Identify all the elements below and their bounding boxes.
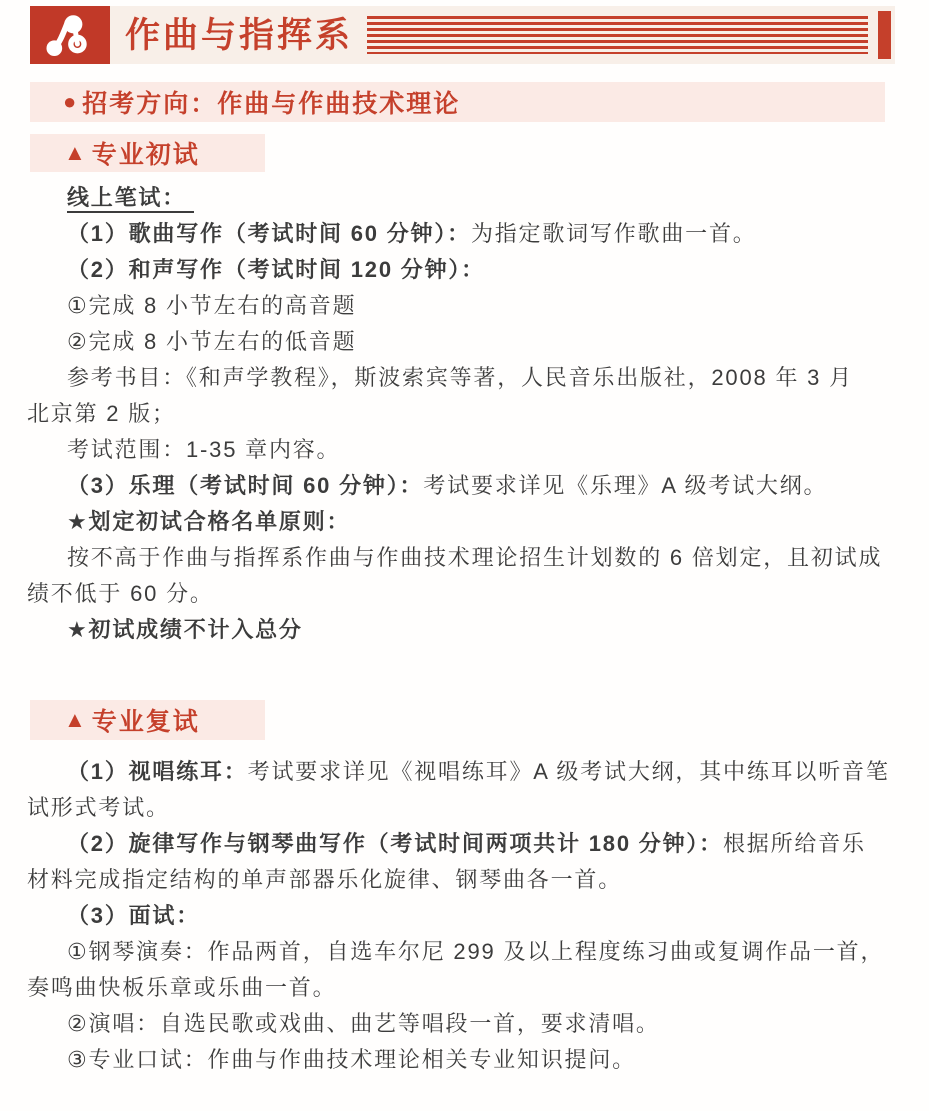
text-run-bold: （2）和声写作（考试时间 120 分钟）： [67, 257, 485, 282]
text-run: 根据所给音乐 [723, 831, 866, 856]
paragraph: （3）乐理（考试时间 60 分钟）：考试要求详见《乐理》A 级考试大纲。 [27, 468, 920, 504]
text-run: 为指定歌词写作歌曲一首。 [471, 221, 757, 246]
triangle-icon: ▲ [64, 707, 88, 733]
paragraph: ①完成 8 小节左右的高音题 [27, 288, 920, 324]
text-run: 考试要求详见《视唱练耳》A 级考试大纲，其中练耳以听音笔 [248, 759, 890, 784]
section-heading: ▲专业复试 [30, 700, 265, 740]
department-logo [30, 6, 110, 64]
text-run-bold: （3）面试： [67, 903, 200, 928]
paragraph: ②演唱：自选民歌或戏曲、曲艺等唱段一首，要求清唱。 [27, 1006, 920, 1042]
exam-section-1: ▲专业复试（1）视唱练耳：考试要求详见《视唱练耳》A 级考试大纲，其中练耳以听音… [0, 700, 929, 1078]
staff-lines-decoration [367, 16, 868, 54]
section-paragraphs: （1）视唱练耳：考试要求详见《视唱练耳》A 级考试大纲，其中练耳以听音笔试形式考… [27, 754, 920, 1078]
paragraph: 考试范围：1-35 章内容。 [27, 432, 920, 468]
paragraph: 参考书目：《和声学教程》，斯波索宾等著，人民音乐出版社，2008 年 3 月北京… [27, 360, 920, 432]
header-title-strip: 作曲与指挥系 [110, 6, 895, 64]
page: 作曲与指挥系 ● 招考方向：作曲与作曲技术理论 ▲专业初试线上笔试：（1）歌曲写… [0, 0, 929, 1111]
section-heading-label: 专业复试 [92, 702, 200, 738]
paragraph: ③专业口试：作曲与作曲技术理论相关专业知识提问。 [27, 1042, 920, 1078]
admission-direction-text: 招考方向：作曲与作曲技术理论 [82, 84, 460, 120]
text-run: 绩不低于 60 分。 [27, 581, 214, 606]
text-run: 参考书目：《和声学教程》，斯波索宾等著，人民音乐出版社，2008 年 3 月 [67, 365, 853, 390]
text-run: 考试范围：1-35 章内容。 [67, 437, 340, 462]
paragraph: （1）歌曲写作（考试时间 60 分钟）：为指定歌词写作歌曲一首。 [27, 216, 920, 252]
text-run-bold: 线上笔试： [67, 185, 194, 213]
paragraph: 线上笔试： [27, 180, 920, 216]
text-run: 考试要求详见《乐理》A 级考试大纲。 [423, 473, 827, 498]
text-run-bold: （1）歌曲写作（考试时间 60 分钟）： [67, 221, 471, 246]
admission-direction-banner: ● 招考方向：作曲与作曲技术理论 [30, 82, 885, 122]
paragraph: 按不高于作曲与指挥系作曲与作曲技术理论招生计划数的 6 倍划定，且初试成绩不低于… [27, 540, 920, 612]
paragraph: （1）视唱练耳：考试要求详见《视唱练耳》A 级考试大纲，其中练耳以听音笔试形式考… [27, 754, 920, 826]
department-header: 作曲与指挥系 [30, 6, 895, 64]
text-run: ①完成 8 小节左右的高音题 [67, 293, 356, 318]
paragraph: （3）面试： [27, 898, 920, 934]
paragraph: ①钢琴演奏：作品两首，自选车尔尼 299 及以上程度练习曲或复调作品一首，奏鸣曲… [27, 934, 920, 1006]
text-run: ②演唱：自选民歌或戏曲、曲艺等唱段一首，要求清唱。 [67, 1011, 660, 1036]
text-run-bold: （1）视唱练耳： [67, 759, 248, 784]
section-heading-label: 专业初试 [92, 135, 200, 171]
paragraph: （2）旋律写作与钢琴曲写作（考试时间两项共计 180 分钟）：根据所给音乐材料完… [27, 826, 920, 898]
text-run: 试形式考试。 [27, 795, 170, 820]
header-end-bar [878, 11, 891, 59]
text-run-bold: ★初试成绩不计入总分 [67, 617, 303, 642]
text-run: 北京第 2 版； [27, 401, 176, 426]
text-run: 按不高于作曲与指挥系作曲与作曲技术理论招生计划数的 6 倍划定，且初试成 [67, 545, 882, 570]
text-run-bold: （3）乐理（考试时间 60 分钟）： [67, 473, 423, 498]
text-run: ①钢琴演奏：作品两首，自选车尔尼 299 及以上程度练习曲或复调作品一首， [67, 939, 884, 964]
music-notes-icon [37, 11, 103, 59]
text-run: 材料完成指定结构的单声部器乐化旋律、钢琴曲各一首。 [27, 867, 622, 892]
triangle-icon: ▲ [64, 140, 88, 166]
text-run: ②完成 8 小节左右的低音题 [67, 329, 356, 354]
section-paragraphs: 线上笔试：（1）歌曲写作（考试时间 60 分钟）：为指定歌词写作歌曲一首。（2）… [27, 180, 920, 648]
page-title: 作曲与指挥系 [125, 18, 353, 53]
bullet-icon: ● [63, 89, 78, 115]
section-heading: ▲专业初试 [30, 134, 265, 172]
paragraph: （2）和声写作（考试时间 120 分钟）： [27, 252, 920, 288]
sections: ▲专业初试线上笔试：（1）歌曲写作（考试时间 60 分钟）：为指定歌词写作歌曲一… [0, 134, 929, 1078]
paragraph: ★初试成绩不计入总分 [27, 612, 920, 648]
text-run-bold: （2）旋律写作与钢琴曲写作（考试时间两项共计 180 分钟）： [67, 831, 723, 856]
text-run-bold: ★划定初试合格名单原则： [67, 509, 350, 534]
paragraph: ②完成 8 小节左右的低音题 [27, 324, 920, 360]
text-run: ③专业口试：作曲与作曲技术理论相关专业知识提问。 [67, 1047, 636, 1072]
text-run: 奏鸣曲快板乐章或乐曲一首。 [27, 975, 336, 1000]
paragraph: ★划定初试合格名单原则： [27, 504, 920, 540]
exam-section-0: ▲专业初试线上笔试：（1）歌曲写作（考试时间 60 分钟）：为指定歌词写作歌曲一… [0, 134, 929, 648]
